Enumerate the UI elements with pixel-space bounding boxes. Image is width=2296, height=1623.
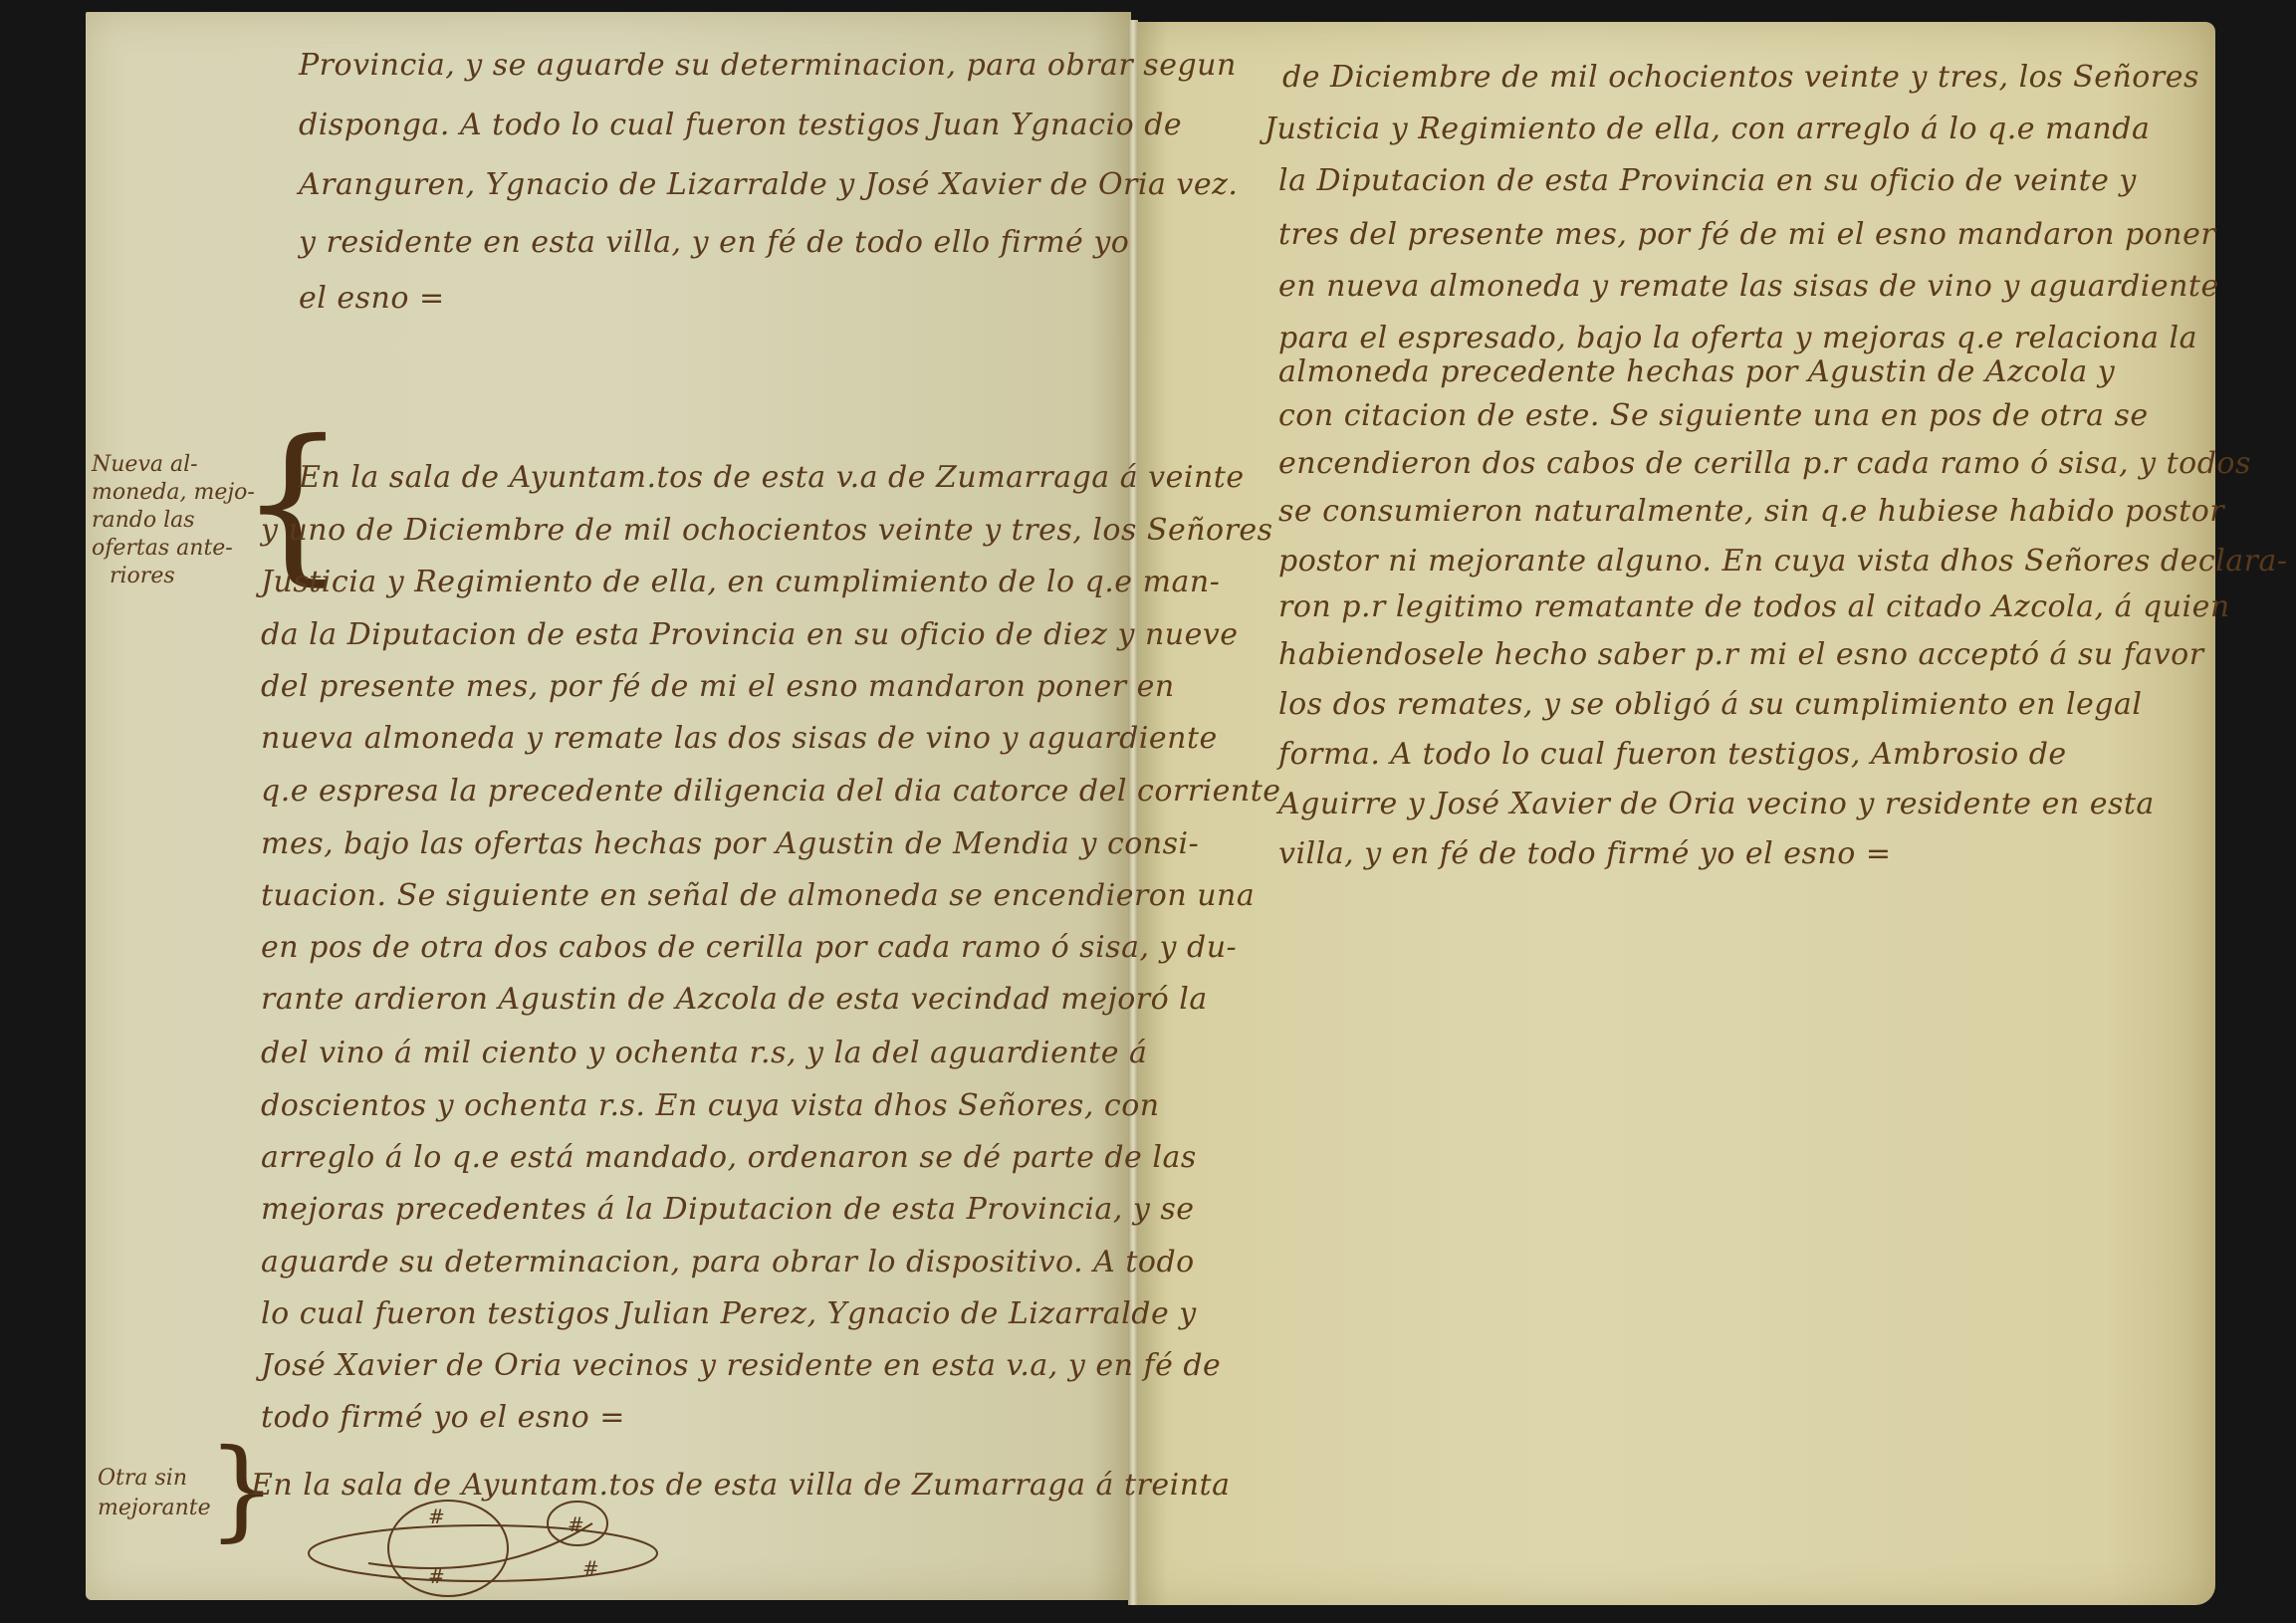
text-line: tuacion. Se siguiente en señal de almone… (261, 878, 1255, 913)
text-line: tres del presente mes, por fé de mi el e… (1278, 217, 2215, 252)
text-line: el esno = (299, 281, 445, 316)
text-line: nueva almoneda y remate las dos sisas de… (261, 721, 1218, 756)
text-line: villa, y en fé de todo firmé yo el esno … (1278, 836, 1892, 871)
margin-note-line: riores (110, 560, 175, 593)
text-line: se consumieron naturalmente, sin q.e hub… (1278, 494, 2224, 529)
text-line: da la Diputacion de esta Provincia en su… (261, 617, 1239, 652)
text-line: Aguirre y José Xavier de Oria vecino y r… (1278, 787, 2155, 821)
text-line: mes, bajo las ofertas hechas por Agustin… (261, 826, 1199, 861)
text-line: Aranguren, Ygnacio de Lizarralde y José … (299, 167, 1238, 202)
text-line: forma. A todo lo cual fueron testigos, A… (1278, 737, 2067, 772)
text-line: con citacion de este. Se siguiente una e… (1278, 398, 2149, 433)
text-line: Provincia, y se aguarde su determinacion… (299, 48, 1237, 83)
svg-text:#: # (582, 1556, 599, 1580)
text-line: aguarde su determinacion, para obrar lo … (261, 1245, 1195, 1279)
margin-bracket: { (239, 418, 346, 587)
text-line: habiendosele hecho saber p.r mi el esno … (1278, 637, 2204, 672)
text-line: postor ni mejorante alguno. En cuya vist… (1278, 544, 2288, 579)
text-line: todo firmé yo el esno = (261, 1400, 625, 1435)
text-line: del vino á mil ciento y ochenta r.s, y l… (261, 1036, 1147, 1070)
text-line: disponga. A todo lo cual fueron testigos… (299, 108, 1182, 142)
text-line: del presente mes, por fé de mi el esno m… (261, 669, 1175, 704)
text-line: mejoras precedentes á la Diputacion de e… (261, 1192, 1195, 1227)
text-line: arreglo á lo q.e está mandado, ordenaron… (261, 1140, 1197, 1175)
signature-rubric: # # # # (249, 1494, 727, 1603)
text-line: José Xavier de Oria vecinos y residente … (261, 1348, 1221, 1383)
text-line: Justicia y Regimiento de ella, con arreg… (1264, 112, 2150, 146)
text-line: de Diciembre de mil ochocientos veinte y… (1282, 60, 2199, 95)
margin-note-line: Otra sin (98, 1462, 187, 1496)
text-line: En la sala de Ayuntam.tos de esta v.a de… (299, 460, 1245, 495)
svg-text:#: # (428, 1505, 445, 1528)
text-line: en nueva almoneda y remate las sisas de … (1278, 269, 2219, 304)
text-line: la Diputacion de esta Provincia en su of… (1278, 163, 2137, 198)
text-line: Justicia y Regimiento de ella, en cumpli… (261, 565, 1220, 599)
text-line: rante ardieron Agustin de Azcola de esta… (261, 982, 1208, 1017)
text-line: los dos remates, y se obligó á su cumpli… (1278, 687, 2142, 722)
margin-note-line: mejorante (98, 1492, 211, 1525)
text-line: q.e espresa la precedente diligencia del… (261, 774, 1281, 809)
svg-text:#: # (568, 1512, 584, 1536)
svg-text:#: # (428, 1564, 445, 1588)
text-line: para el espresado, bajo la oferta y mejo… (1278, 321, 2197, 355)
text-line: encendieron dos cabos de cerilla p.r cad… (1278, 446, 2251, 481)
text-line: almoneda precedente hechas por Agustin d… (1278, 354, 2115, 389)
text-line: doscientos y ochenta r.s. En cuya vista … (261, 1088, 1160, 1123)
text-line: lo cual fueron testigos Julian Perez, Yg… (261, 1296, 1197, 1331)
text-line: en pos de otra dos cabos de cerilla por … (261, 930, 1237, 965)
text-line: y residente en esta villa, y en fé de to… (299, 225, 1129, 260)
text-line: ron p.r legitimo rematante de todos al c… (1278, 589, 2230, 624)
text-line: y uno de Diciembre de mil ochocientos ve… (261, 513, 1273, 548)
